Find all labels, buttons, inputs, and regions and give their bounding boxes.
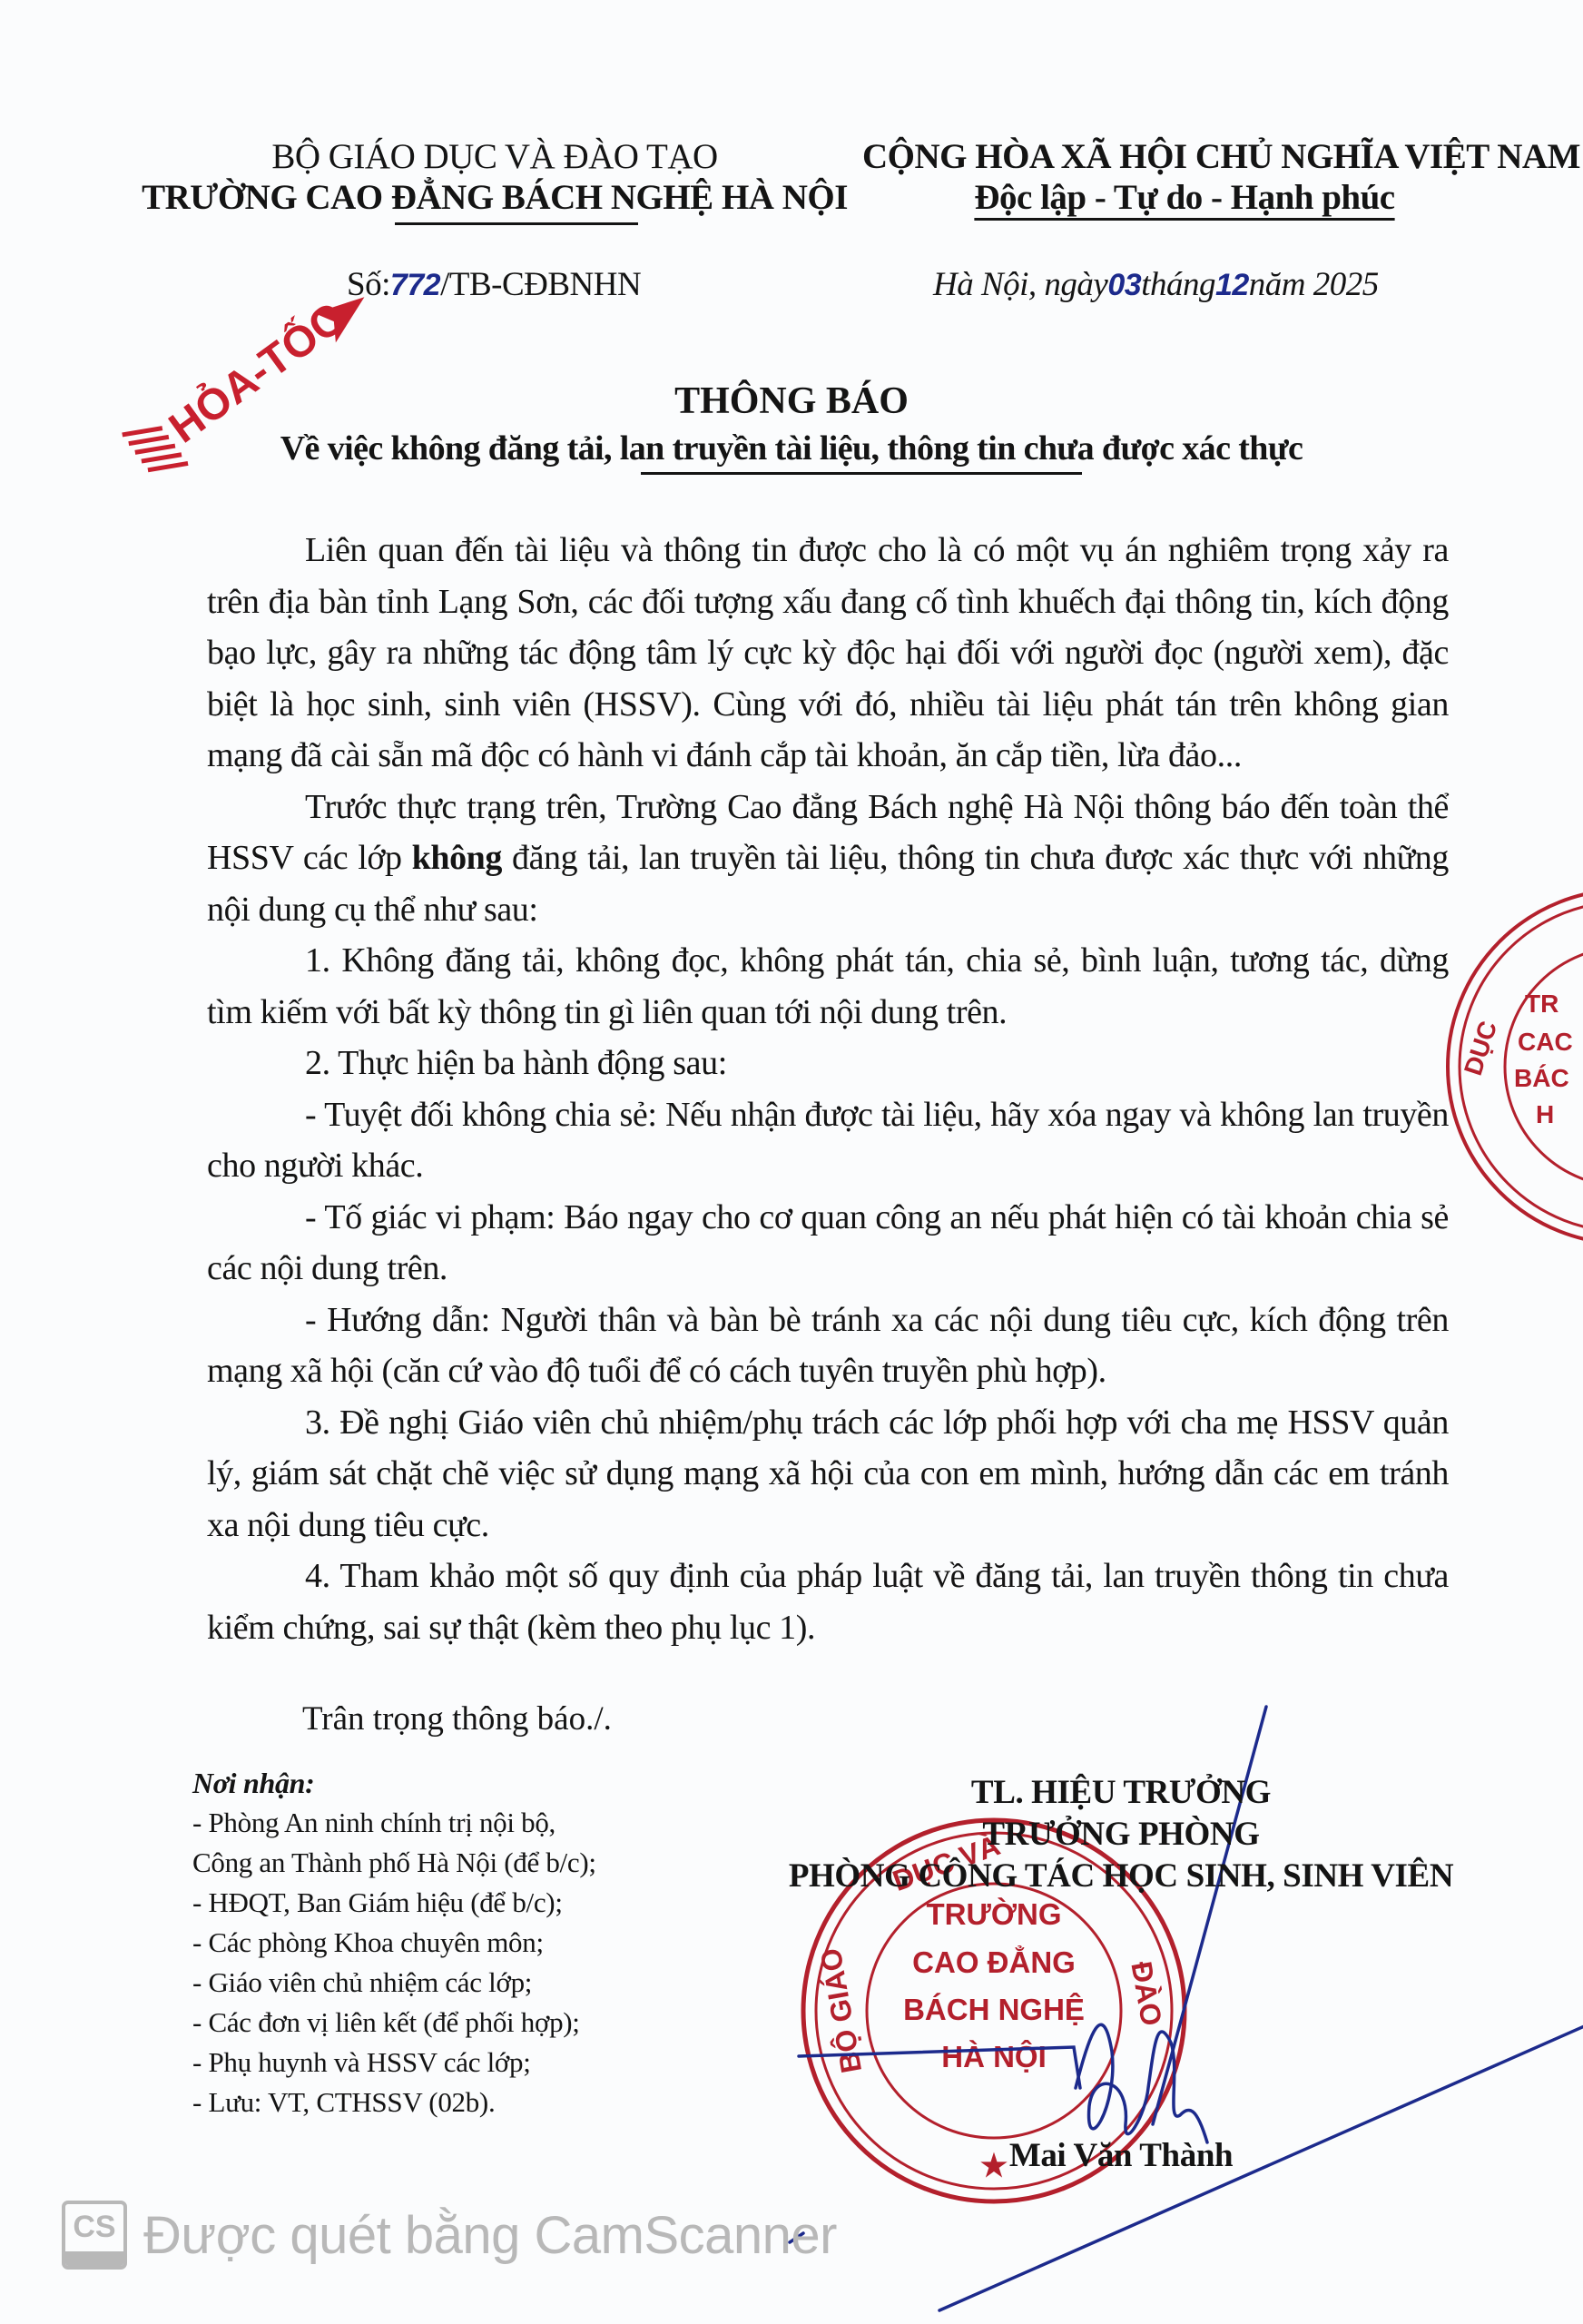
document-subtitle: Về việc không đăng tải, lan truyền tài l… xyxy=(0,428,1583,468)
national-motto: Độc lập - Tự do - Hạnh phúc xyxy=(862,177,1507,219)
svg-text:CAO ĐẲNG: CAO ĐẲNG xyxy=(912,1945,1076,1979)
recipients-heading: Nơi nhận: xyxy=(192,1763,596,1803)
svg-text:BÁCH NGHỆ: BÁCH NGHỆ xyxy=(903,1993,1085,2026)
document-title: THÔNG BÁO xyxy=(0,379,1583,423)
recipient-item: - Giáo viên chủ nhiệm các lớp; xyxy=(192,1963,596,2003)
side-seal: TR CAC BÁC H DỤC xyxy=(1448,890,1583,1244)
announcement-emphasis: không xyxy=(412,839,502,877)
svg-text:DỤC: DỤC xyxy=(1459,1018,1502,1078)
document-body: Liên quan đến tài liệu và thông tin được… xyxy=(207,525,1449,1653)
item-3: 3. Đề nghị Giáo viên chủ nhiệm/phụ trách… xyxy=(207,1397,1449,1551)
subtitle-underline xyxy=(641,472,1082,475)
signer-title-1: TL. HIỆU TRƯỞNG xyxy=(758,1772,1484,1814)
item-1: 1. Không đăng tải, không đọc, không phát… xyxy=(207,935,1449,1038)
camscanner-text: Được quét bằng CamScanner xyxy=(143,2205,837,2266)
item-2: 2. Thực hiện ba hành động sau: xyxy=(207,1038,1449,1089)
camscanner-logo-icon: CS xyxy=(62,2201,127,2270)
school-underline xyxy=(395,222,638,225)
svg-text:CAC: CAC xyxy=(1518,1028,1573,1056)
school-name: TRƯỜNG CAO ĐẲNG BÁCH NGHỆ HÀ NỘI xyxy=(136,177,853,219)
svg-text:TR: TR xyxy=(1525,990,1558,1018)
recipient-item: - HĐQT, Ban Giám hiệu (để b/c); xyxy=(192,1883,596,1923)
signer-name: Mai Văn Thành xyxy=(758,2135,1484,2177)
recipient-item: Công an Thành phố Hà Nội (để b/c); xyxy=(192,1843,596,1883)
recipient-item: - Phòng An ninh chính trị nội bộ, xyxy=(192,1803,596,1843)
signer-title-2: TRƯỞNG PHÒNG xyxy=(758,1814,1484,1856)
recipient-item: - Lưu: VT, CTHSSV (02b). xyxy=(192,2083,596,2122)
svg-text:BÁC: BÁC xyxy=(1514,1064,1569,1092)
svg-text:ĐÀO: ĐÀO xyxy=(1125,1959,1168,2028)
month-label: tháng xyxy=(1141,266,1215,303)
number-label: Số: xyxy=(347,266,390,303)
svg-text:HÀ NỘI: HÀ NỘI xyxy=(941,2039,1047,2073)
recipient-item: - Các đơn vị liên kết (để phối hợp); xyxy=(192,2003,596,2043)
date-prefix: Hà Nội, ngày xyxy=(933,266,1107,303)
paragraph-announcement: Trước thực trạng trên, Trường Cao đẳng B… xyxy=(207,782,1449,936)
item-2-action-share: - Tuyệt đối không chia sẻ: Nếu nhận được… xyxy=(207,1089,1449,1192)
nation-name: CỘNG HÒA XÃ HỘI CHỦ NGHĨA VIỆT NAM xyxy=(862,136,1507,178)
camscanner-logo-text: CS xyxy=(73,2211,115,2242)
day-handwritten: 03 xyxy=(1107,268,1141,302)
item-2-action-report: - Tố giác vi phạm: Báo ngay cho cơ quan … xyxy=(207,1192,1449,1295)
recipients-block: Nơi nhận: - Phòng An ninh chính trị nội … xyxy=(192,1763,596,2122)
recipient-item: - Phụ huynh và HSSV các lớp; xyxy=(192,2043,596,2083)
paragraph-intro: Liên quan đến tài liệu và thông tin được… xyxy=(207,525,1449,782)
document-date: Hà Nội, ngày03tháng12năm 2025 xyxy=(933,265,1379,304)
ministry-name: BỘ GIÁO DỤC VÀ ĐÀO TẠO xyxy=(163,136,826,178)
svg-text:H: H xyxy=(1536,1100,1554,1128)
item-2-action-guide: - Hướng dẫn: Người thân và bàn bè tránh … xyxy=(207,1295,1449,1397)
closing-line: Trân trọng thông báo./. xyxy=(302,1699,612,1738)
camscanner-watermark: CS Được quét bằng CamScanner xyxy=(62,2201,837,2270)
signer-department: PHÒNG CÔNG TÁC HỌC SINH, SINH VIÊN xyxy=(758,1856,1484,1897)
month-handwritten: 12 xyxy=(1215,268,1249,302)
school-name-text: TRƯỜNG CAO ĐẲNG BÁCH NGHỆ HÀ NỘI xyxy=(142,178,848,217)
svg-text:TRƯỜNG: TRƯỜNG xyxy=(926,1897,1061,1931)
number-handwritten: 772 xyxy=(390,268,440,302)
year-text: năm 2025 xyxy=(1249,266,1379,303)
number-suffix: /TB-CĐBNHN xyxy=(440,266,641,303)
item-4: 4. Tham khảo một số quy định của pháp lu… xyxy=(207,1551,1449,1653)
recipient-item: - Các phòng Khoa chuyên môn; xyxy=(192,1923,596,1963)
svg-text:BỘ GIÁO: BỘ GIÁO xyxy=(814,1946,869,2076)
document-number: Số:772/TB-CĐBNHN xyxy=(347,265,641,304)
